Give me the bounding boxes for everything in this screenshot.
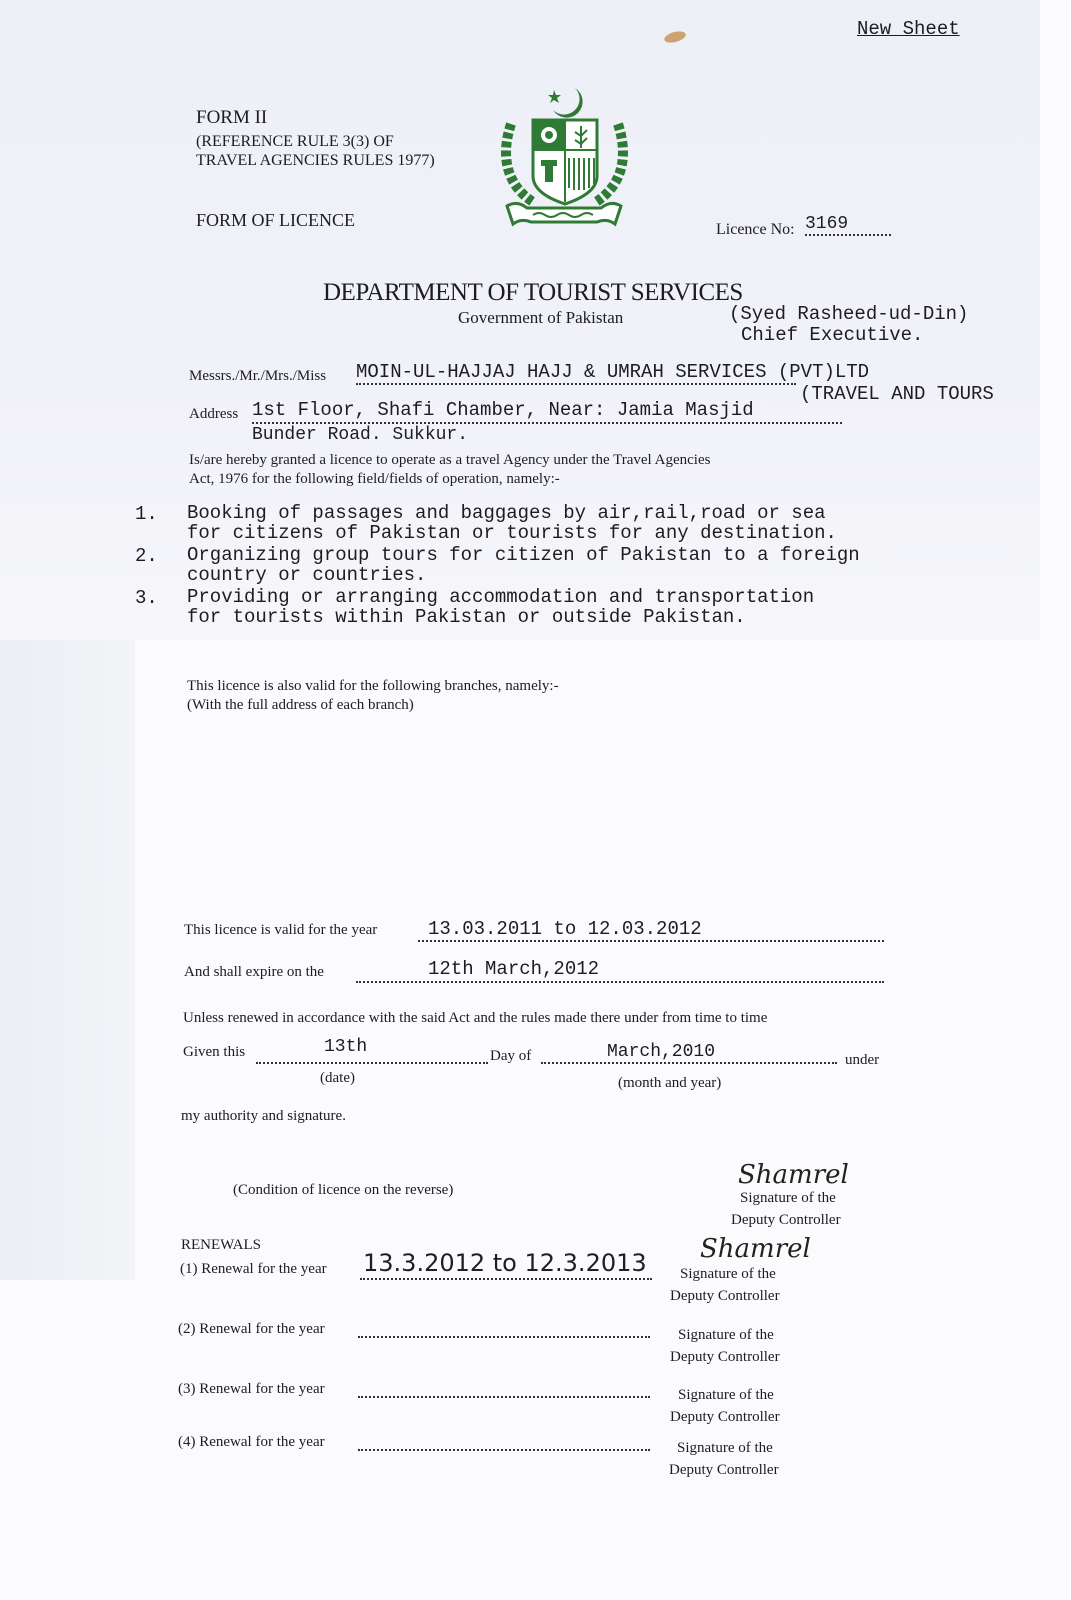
signature-label-line-2: Deputy Controller — [731, 1212, 841, 1229]
chief-executive-name: (Syed Rasheed-ud-Din) — [729, 303, 968, 325]
renewal-3-dotline — [358, 1396, 650, 1398]
given-month-year-value: March,2010 — [607, 1042, 715, 1062]
renewal-4-sig-line-2: Deputy Controller — [669, 1462, 779, 1479]
field-item: 2. Organizing group tours for citizen of… — [135, 545, 860, 585]
field-item: 3. Providing or arranging accommodation … — [135, 587, 860, 627]
renewal-3-label: (3) Renewal for the year — [178, 1381, 325, 1398]
licensee-name-dotline — [356, 383, 796, 385]
government-name: Government of Pakistan — [458, 308, 623, 328]
grant-line-1: Is/are hereby granted a licence to opera… — [189, 451, 710, 470]
renewal-4-dotline — [358, 1449, 650, 1451]
authority-text: my authority and signature. — [181, 1108, 346, 1125]
renewal-1-signature: Shamrel — [700, 1234, 811, 1264]
renewal-2-sig-line-2: Deputy Controller — [670, 1349, 780, 1366]
expiry-dotline — [356, 981, 884, 983]
expiry-value: 12th March,2012 — [428, 958, 599, 980]
form-number: FORM II — [196, 107, 267, 129]
field-item: 1. Booking of passages and baggages by a… — [135, 503, 860, 543]
licensee-name-value-continued: (TRAVEL AND TOURS — [800, 383, 994, 405]
field-text: Booking of passages and baggages by air,… — [187, 503, 837, 543]
renewal-1-sig-line-1: Signature of the — [680, 1266, 776, 1283]
given-day-dotline — [256, 1062, 488, 1064]
pakistan-emblem-icon — [497, 84, 632, 232]
address-line-2: Bunder Road. Sukkur. — [252, 425, 468, 445]
licence-no-value: 3169 — [805, 214, 891, 236]
renewal-4-sig-line-1: Signature of the — [677, 1440, 773, 1457]
renewal-condition-text: Unless renewed in accordance with the sa… — [183, 1010, 767, 1027]
grant-line-2: Act, 1976 for the following field/fields… — [189, 470, 710, 489]
renewal-2-dotline — [358, 1336, 650, 1338]
grant-statement: Is/are hereby granted a licence to opera… — [189, 451, 710, 489]
date-hint: (date) — [320, 1070, 355, 1087]
validity-dotline — [418, 940, 884, 942]
branches-line-1: This licence is also valid for the follo… — [187, 677, 559, 696]
field-number: 3. — [135, 587, 187, 627]
renewal-3-sig-line-1: Signature of the — [678, 1387, 774, 1404]
validity-label: This licence is valid for the year — [184, 922, 377, 939]
department-name: DEPARTMENT OF TOURIST SERVICES — [323, 279, 743, 307]
address-dotline — [252, 422, 842, 424]
given-label: Given this — [183, 1044, 245, 1061]
renewal-1-value: 13.3.2012 to 12.3.2013 — [363, 1249, 647, 1277]
validity-value: 13.03.2011 to 12.03.2012 — [428, 918, 702, 940]
licensee-name-value: MOIN-UL-HAJJAJ HAJJ & UMRAH SERVICES (PV… — [356, 361, 869, 383]
under-label: under — [845, 1052, 879, 1069]
reference-rule: (REFERENCE RULE 3(3) OF TRAVEL AGENCIES … — [196, 132, 435, 170]
address-line-1: 1st Floor, Shafi Chamber, Near: Jamia Ma… — [252, 399, 754, 421]
deputy-controller-signature: Shamrel — [738, 1160, 849, 1190]
given-day-value: 13th — [324, 1037, 367, 1057]
renewal-1-dotline — [360, 1278, 652, 1280]
branches-note: This licence is also valid for the follo… — [187, 677, 559, 715]
day-of-label: Day of — [490, 1048, 531, 1065]
licence-no-label: Licence No: — [716, 221, 795, 239]
renewal-2-sig-line-1: Signature of the — [678, 1327, 774, 1344]
month-year-hint: (month and year) — [618, 1075, 721, 1092]
renewal-1-sig-line-2: Deputy Controller — [670, 1288, 780, 1305]
form-title: FORM OF LICENCE — [196, 210, 355, 231]
paper-tint-left-margin — [0, 640, 135, 1280]
given-month-dotline — [541, 1062, 837, 1064]
reference-line-1: (REFERENCE RULE 3(3) OF — [196, 132, 435, 151]
signature-label-line-1: Signature of the — [740, 1190, 836, 1207]
licensee-name-label: Messrs./Mr./Mrs./Miss — [189, 368, 326, 385]
renewal-4-label: (4) Renewal for the year — [178, 1434, 325, 1451]
renewals-title: RENEWALS — [181, 1237, 261, 1254]
field-number: 2. — [135, 545, 187, 585]
renewal-3-sig-line-2: Deputy Controller — [670, 1409, 780, 1426]
address-label: Address — [189, 406, 238, 423]
renewal-2-label: (2) Renewal for the year — [178, 1321, 325, 1338]
field-text: Organizing group tours for citizen of Pa… — [187, 545, 860, 585]
expiry-label: And shall expire on the — [184, 964, 324, 981]
new-sheet-label: New Sheet — [857, 18, 960, 40]
chief-executive-title: Chief Executive. — [741, 324, 923, 346]
branches-line-2: (With the full address of each branch) — [187, 696, 559, 715]
reference-line-2: TRAVEL AGENCIES RULES 1977) — [196, 151, 435, 170]
field-text: Providing or arranging accommodation and… — [187, 587, 814, 627]
fields-of-operation-list: 1. Booking of passages and baggages by a… — [135, 503, 860, 629]
condition-note: (Condition of licence on the reverse) — [233, 1182, 453, 1199]
renewal-1-label: (1) Renewal for the year — [180, 1261, 327, 1278]
field-number: 1. — [135, 503, 187, 543]
